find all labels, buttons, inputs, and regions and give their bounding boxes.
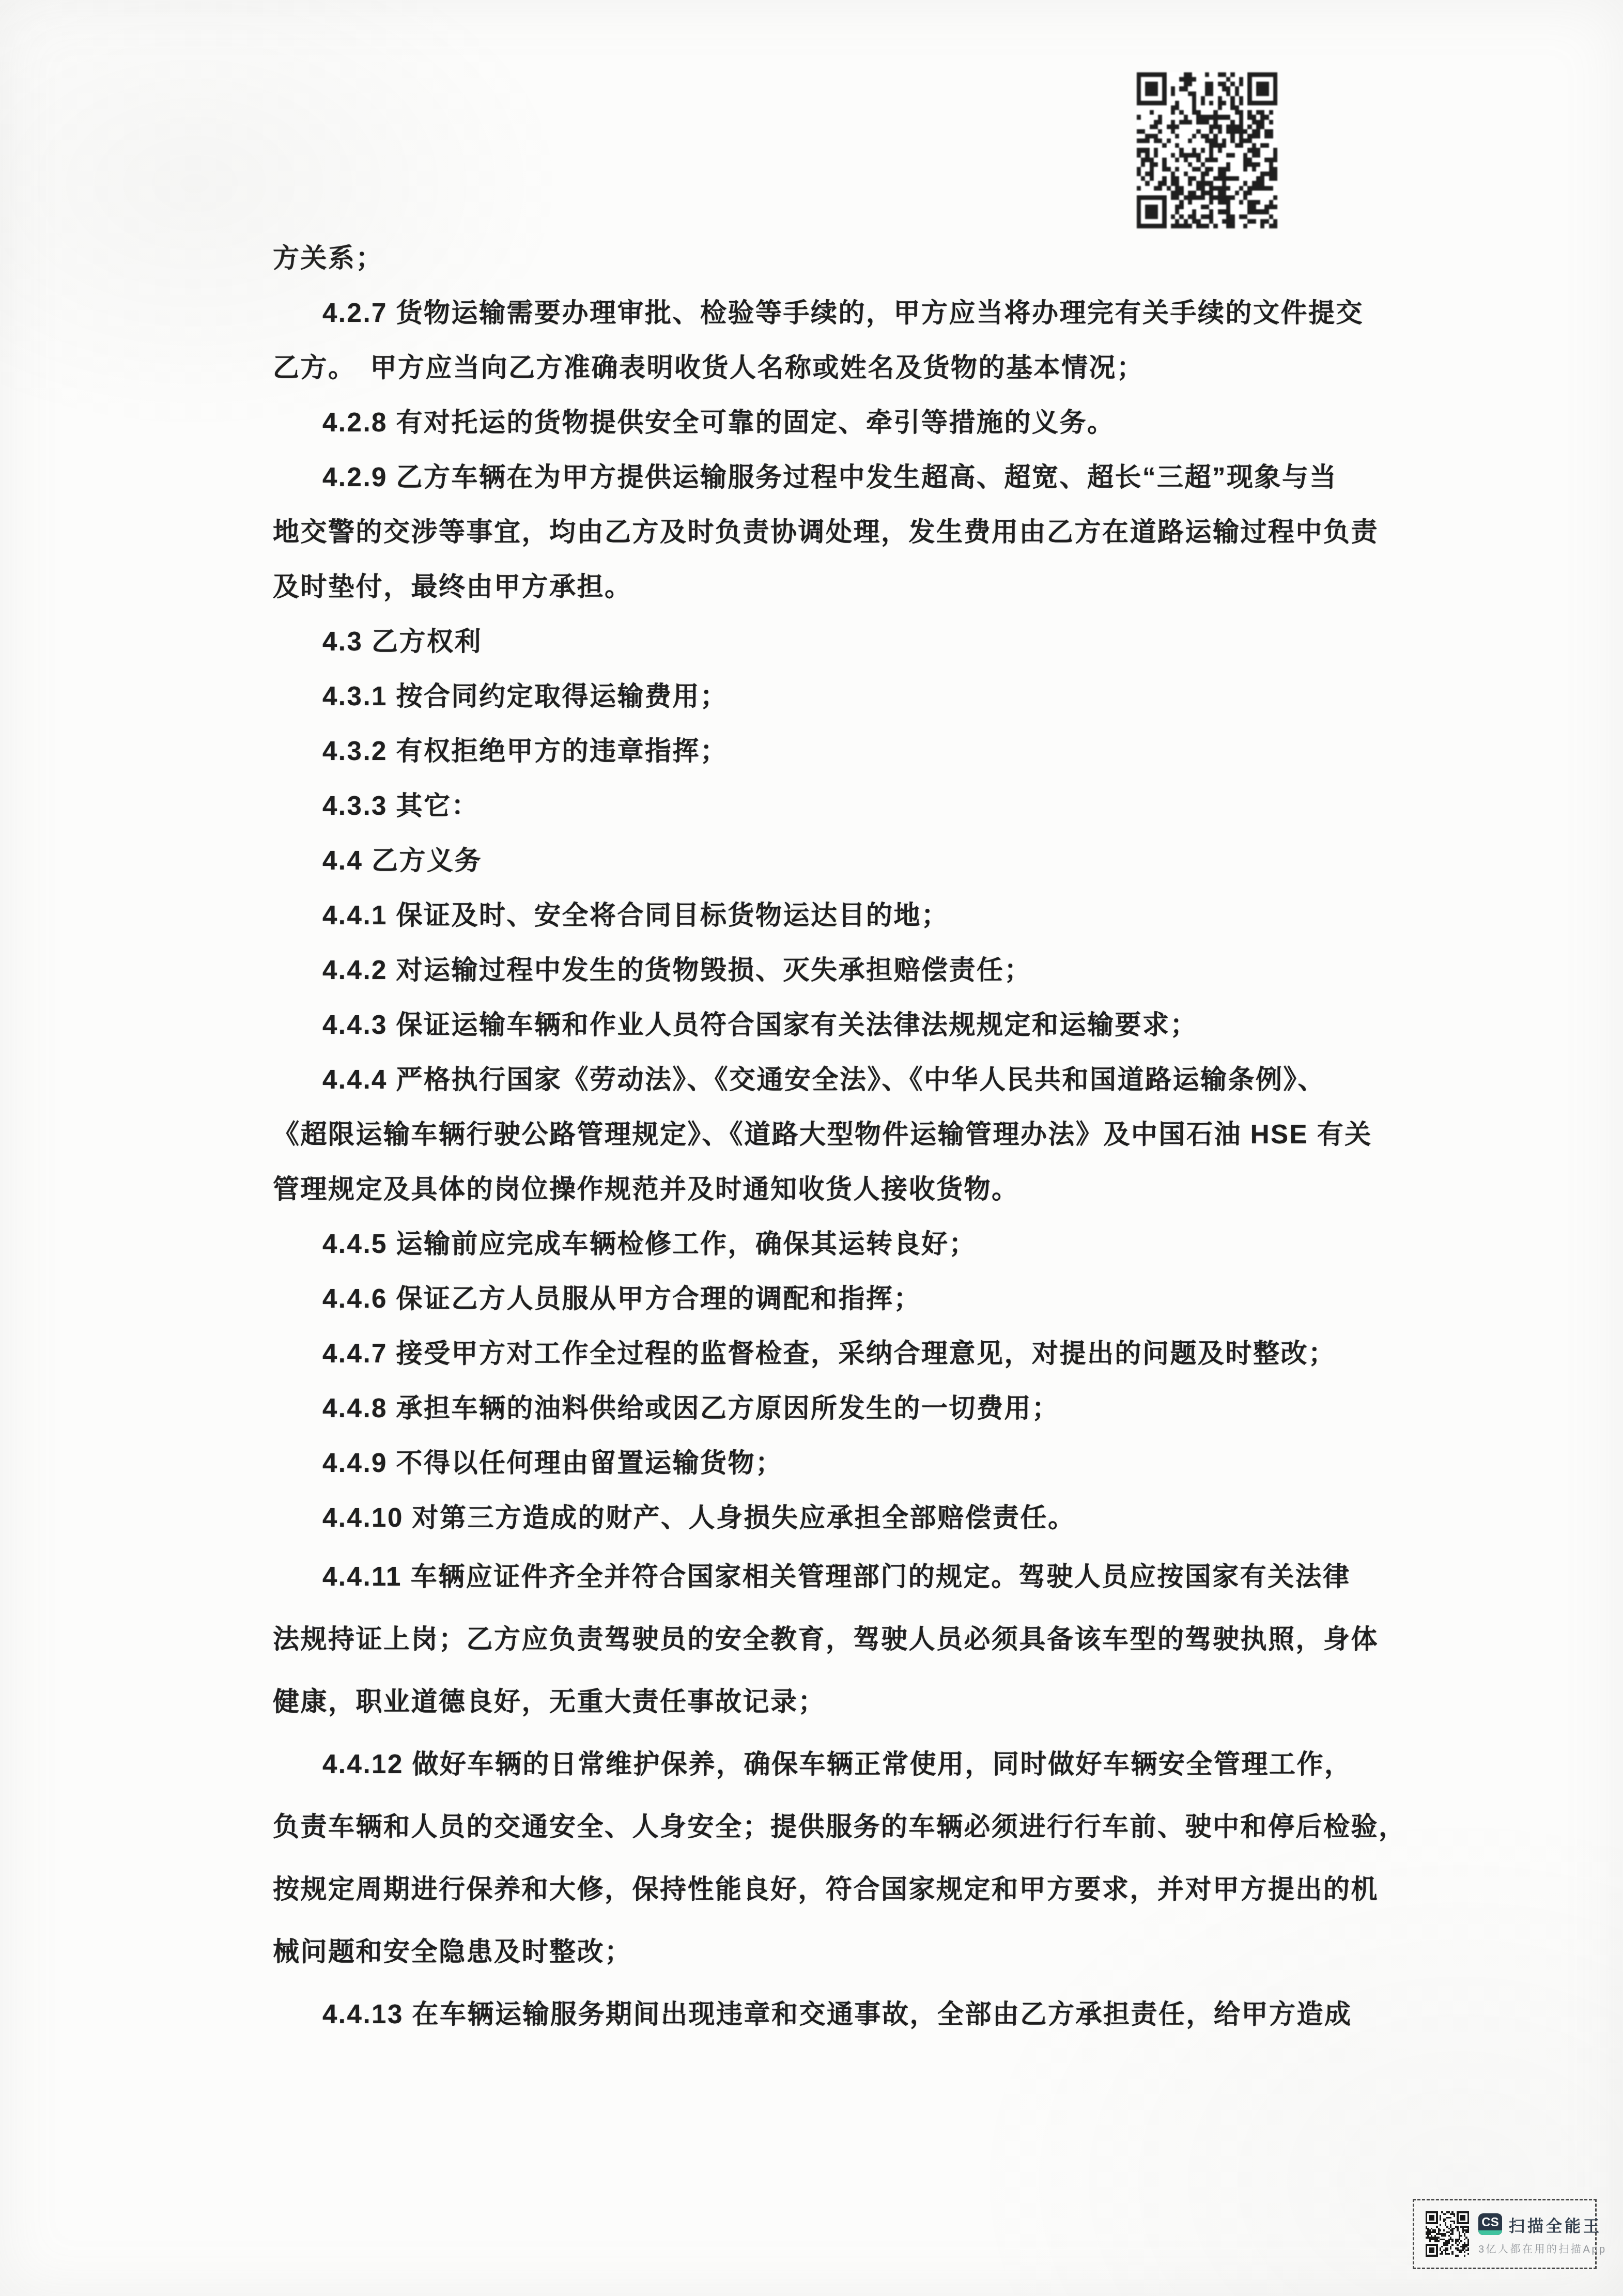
contract-line: 及时垫付，最终由甲方承担。: [273, 557, 1384, 612]
cs-app-icon-label: CS: [1481, 2215, 1498, 2230]
badge-tagline: 3亿人都在用的扫描App: [1478, 2241, 1607, 2256]
contract-line: 4.4.10 对第三方造成的财产、人身损失应承担全部赔偿责任。: [273, 1488, 1384, 1543]
scanned-contract-page: 方关系；4.2.7 货物运输需要办理审批、检验等手续的，甲方应当将办理完有关手续…: [0, 0, 1623, 2296]
contract-line: 4.4.12 做好车辆的日常维护保养，确保车辆正常使用，同时做好车辆安全管理工作…: [273, 1730, 1384, 1793]
contract-line: 4.2.9 乙方车辆在为甲方提供运输服务过程中发生超高、超宽、超长“三超”现象与…: [273, 447, 1384, 502]
contract-line: 4.4.4 严格执行国家《劳动法》、《交通安全法》、《中华人民共和国道路运输条例…: [273, 1050, 1384, 1105]
contract-line: 4.2.8 有对托运的货物提供安全可靠的固定、牵引等措施的义务。: [273, 393, 1384, 447]
contract-line: 4.4.8 承担车辆的油料供给或因乙方原因所发生的一切费用；: [273, 1378, 1384, 1433]
contract-line: 《超限运输车辆行驶公路管理规定》、《道路大型物件运输管理办法》及中国石油 HSE…: [273, 1105, 1384, 1159]
cs-app-icon: CS: [1478, 2213, 1502, 2235]
badge-app-name: 扫描全能王: [1509, 2213, 1602, 2236]
badge-text-column: CS 扫描全能王 3亿人都在用的扫描App: [1478, 2213, 1607, 2256]
contract-line: 4.3.2 有权拒绝甲方的违章指挥；: [273, 721, 1384, 776]
cs-app-icon-teal-bar: [1478, 2230, 1502, 2235]
qr-code: [1137, 72, 1277, 228]
contract-line: 乙方。 甲方应当向乙方准确表明收货人名称或姓名及货物的基本情况；: [273, 338, 1384, 393]
contract-line: 4.4.11 车辆应证件齐全并符合国家相关管理部门的规定。驾驶人员应按国家有关法…: [273, 1543, 1384, 1605]
contract-line: 地交警的交涉等事宜，均由乙方及时负责协调处理，发生费用由乙方在道路运输过程中负责: [273, 502, 1384, 557]
contract-line: 4.2.7 货物运输需要办理审批、检验等手续的，甲方应当将办理完有关手续的文件提…: [273, 283, 1384, 338]
contract-line: 4.4.5 运输前应完成车辆检修工作，确保其运转良好；: [273, 1214, 1384, 1269]
contract-line: 4.3 乙方权利: [273, 612, 1384, 666]
contract-line: 4.3.3 其它：: [273, 776, 1384, 831]
contract-line: 方关系；: [273, 228, 1384, 283]
contract-line: 4.4.1 保证及时、安全将合同目标货物运达目的地；: [273, 886, 1384, 940]
contract-line: 4.3.1 按合同约定取得运输费用；: [273, 666, 1384, 721]
contract-line: 械问题和安全隐患及时整改；: [273, 1918, 1384, 1980]
contract-line: 4.4.2 对运输过程中发生的货物毁损、灭失承担赔偿责任；: [273, 940, 1384, 995]
contract-line: 4.4.3 保证运输车辆和作业人员符合国家有关法律法规规定和运输要求；: [273, 995, 1384, 1050]
contract-section-a: 方关系；4.2.7 货物运输需要办理审批、检验等手续的，甲方应当将办理完有关手续…: [273, 228, 1384, 1543]
contract-line: 管理规定及具体的岗位操作规范并及时通知收货人接收货物。: [273, 1159, 1384, 1214]
camscanner-watermark-badge: CS 扫描全能王 3亿人都在用的扫描App: [1413, 2199, 1597, 2269]
contract-section-b: 4.4.11 车辆应证件齐全并符合国家相关管理部门的规定。驾驶人员应按国家有关法…: [273, 1543, 1384, 2043]
contract-line: 4.4.6 保证乙方人员服从甲方合理的调配和指挥；: [273, 1269, 1384, 1324]
contract-line: 4.4.7 接受甲方对工作全过程的监督检查，采纳合理意见，对提出的问题及时整改；: [273, 1324, 1384, 1378]
contract-line: 法规持证上岗；乙方应负责驾驶员的安全教育，驾驶人员必须具备该车型的驾驶执照，身体: [273, 1605, 1384, 1668]
document-body: 方关系；4.2.7 货物运输需要办理审批、检验等手续的，甲方应当将办理完有关手续…: [273, 228, 1384, 2043]
contract-line: 按规定周期进行保养和大修，保持性能良好，符合国家规定和甲方要求，并对甲方提出的机: [273, 1855, 1384, 1918]
contract-line: 4.4.9 不得以任何理由留置运输货物；: [273, 1433, 1384, 1488]
badge-title-row: CS 扫描全能王: [1478, 2213, 1607, 2236]
contract-line: 负责车辆和人员的交通安全、人身安全；提供服务的车辆必须进行行车前、驶中和停后检验…: [273, 1793, 1384, 1855]
contract-line: 4.4 乙方义务: [273, 831, 1384, 886]
contract-line: 4.4.13 在车辆运输服务期间出现违章和交通事故，全部由乙方承担责任，给甲方造…: [273, 1980, 1384, 2043]
contract-line: 健康，职业道德良好，无重大责任事故记录；: [273, 1668, 1384, 1730]
qr-code-small: [1426, 2211, 1469, 2257]
